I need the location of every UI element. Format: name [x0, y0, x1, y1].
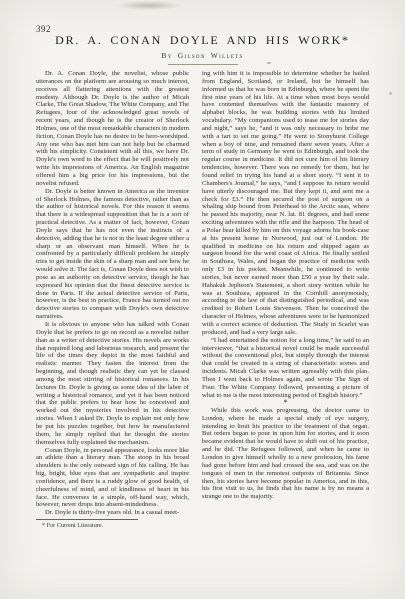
scanned-article-page: 392 DR. A. CONAN DOYLE AND HIS WORK* By …	[0, 0, 405, 599]
article-byline: By Gilson Willets	[0, 51, 405, 60]
byline-divider-rule	[168, 64, 238, 65]
article-paragraph: Dr. A. Conan Doyle, the novelist, whose …	[36, 70, 189, 188]
article-paragraph: Conan Doyle, in personal appearance, loo…	[36, 447, 189, 510]
article-paragraph: While this work was progressing, the doc…	[202, 407, 369, 501]
left-column: Dr. A. Conan Doyle, the novelist, whose …	[36, 70, 189, 529]
right-column: ing with him it is impossible to determi…	[202, 70, 369, 529]
article-paragraph: ing with him it is impossible to determi…	[202, 70, 369, 337]
scan-smudge	[116, 1, 182, 10]
scan-speck	[267, 62, 271, 64]
article-paragraph: Dr. Doyle is better known in America as …	[36, 188, 189, 321]
article-title: DR. A. CONAN DOYLE AND HIS WORK*	[0, 33, 405, 48]
article-paragraph: It is obvious to anyone who has talked w…	[36, 321, 189, 447]
footnote: * For Current Literature.	[36, 522, 189, 530]
article-paragraph: “I had entertained the notion for a long…	[202, 337, 369, 400]
asterisk-divider: *	[202, 400, 369, 407]
article-paragraph: Dr. Doyle is thirty-five years old. In a…	[36, 509, 189, 517]
scan-speck	[389, 92, 392, 95]
article-body: Dr. A. Conan Doyle, the novelist, whose …	[36, 70, 369, 529]
footnote-rule	[36, 519, 138, 520]
